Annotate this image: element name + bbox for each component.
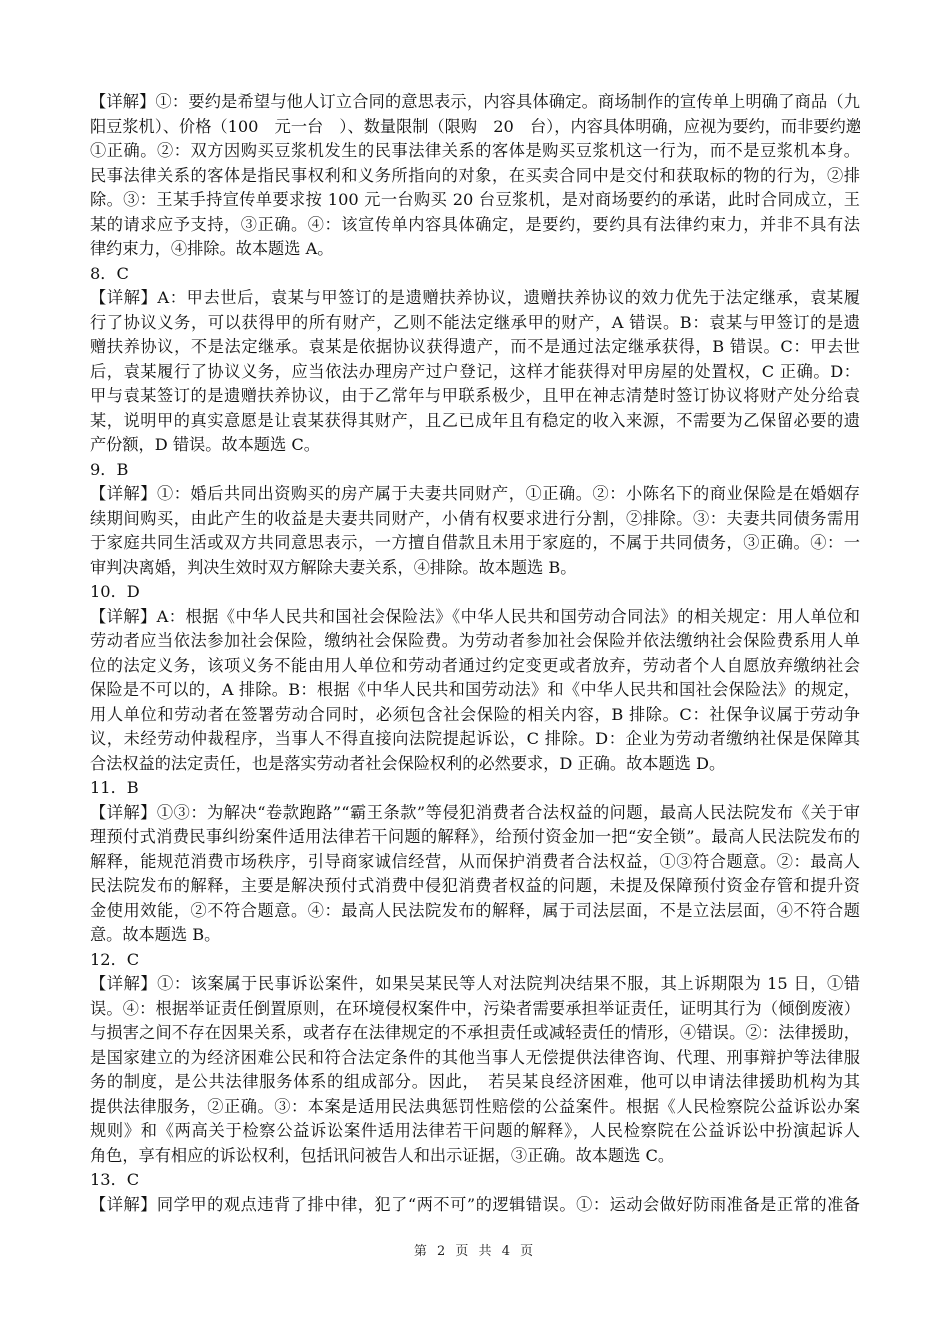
explanation-line: 用人单位和劳动者在签署劳动合同时，必须包含社会保险的相关内容，B 排除。C：社保… (90, 703, 860, 728)
answer-block-9: 9．B 【详解】①：婚后共同出资购买的房产属于夫妻共同财产，①正确。②：小陈名下… (90, 458, 860, 581)
explanation-line: 产份额，D 错误。故本题选 C。 (90, 433, 860, 458)
answer-block-8: 8．C 【详解】A：甲去世后，袁某与甲签订的是遗赠扶养协议，遗赠扶养协议的效力优… (90, 262, 860, 458)
explanation-line: 劳动者应当依法参加社会保险，缴纳社会保险费。为劳动者参加社会保险并依法缴纳社会保… (90, 629, 860, 654)
explanation-line: 赠扶养协议，不是法定继承。袁某是依据协议获得遗产，而不是通过法定继承获得，B 错… (90, 335, 860, 360)
explanation-line: 甲与袁某签订的是遗赠扶养协议，由于乙常年与甲联系极少，且甲在神志清楚时签订协议将… (90, 384, 860, 409)
explanation-line: 规则》和《两高关于检察公益诉讼案件适用法律若干问题的解释》，人民检察院在公益诉讼… (90, 1119, 860, 1144)
explanation-line: 提供法律服务，②正确。③：本案是适用民法典惩罚性赔偿的公益案件。根据《人民检察院… (90, 1095, 860, 1120)
explanation-line: 议，未经劳动仲裁程序，当事人不得直接向法院提起诉讼，C 排除。D：企业为劳动者缴… (90, 727, 860, 752)
explanation-line: 某，说明甲的真实意愿是让袁某获得其财产，且乙已成年且有稳定的收入来源，不需要为乙… (90, 409, 860, 434)
explanation-line: 续期间购买，由此产生的收益是夫妻共同财产，小倩有权要求进行分割，②排除。③：夫妻… (90, 507, 860, 532)
explanation-line: 【详解】①③：为解决“卷款跑路”“霸王条款”等侵犯消费者合法权益的问题，最高人民… (90, 801, 860, 826)
explanation-line: 于家庭共同生活或双方共同意思表示，一方擅自借款且未用于家庭的，不属于共同债务，③… (90, 531, 860, 556)
explanation-line: 律约束力，④排除。故本题选 A。 (90, 237, 860, 262)
explanation-line: 【详解】①：要约是希望与他人订立合同的意思表示，内容具体确定。商场制作的宣传单上… (90, 90, 860, 115)
explanation-line: 【详解】A：根据《中华人民共和国社会保险法》《中华人民共和国劳动合同法》的相关规… (90, 605, 860, 630)
explanation-line: 【详解】同学甲的观点违背了排中律，犯了“两不可”的逻辑错误。①：运动会做好防雨准… (90, 1193, 860, 1218)
answer-explanations: 【详解】①：要约是希望与他人订立合同的意思表示，内容具体确定。商场制作的宣传单上… (90, 90, 860, 1217)
question-answer-heading: 10．D (90, 580, 860, 605)
answer-block-12: 12．C 【详解】①：该案属于民事诉讼案件，如果吴某民等人对法院判决结果不服，其… (90, 948, 860, 1169)
explanation-line: 角色，享有相应的诉讼权利，包括讯问被告人和出示证据，③正确。故本题选 C。 (90, 1144, 860, 1169)
explanation-line: 合法权益的法定责任，也是落实劳动者社会保险权利的必然要求，D 正确。故本题选 D… (90, 752, 860, 777)
explanation-line: 是国家建立的为经济困难公民和符合法定条件的其他当事人无偿提供法律咨询、代理、刑事… (90, 1046, 860, 1071)
explanation-line: 行了协议义务，可以获得甲的所有财产，乙则不能法定继承甲的财产，A 错误。B：袁某… (90, 311, 860, 336)
question-answer-heading: 11．B (90, 776, 860, 801)
explanation-line: 审判决离婚，判决生效时双方解除夫妻关系，④排除。故本题选 B。 (90, 556, 860, 581)
explanation-line: 民事法律关系的客体是指民事权利和义务所指向的对象，在买卖合同中是交付和获取标的物… (90, 164, 860, 189)
page-number: 第 2 页 共 4 页 (0, 1240, 950, 1259)
explanation-line: 阳豆浆机）、价格（100 元一台 ）、数量限制（限购 20 台），内容具体明确，… (90, 115, 860, 140)
question-answer-heading: 12．C (90, 948, 860, 973)
explanation-line: 解释，能规范消费市场秩序，引导商家诚信经营，从而保护消费者合法权益，①③符合题意… (90, 850, 860, 875)
explanation-line: 【详解】A：甲去世后，袁某与甲签订的是遗赠扶养协议，遗赠扶养协议的效力优先于法定… (90, 286, 860, 311)
explanation-line: 民法院发布的解释，主要是解决预付式消费中侵犯消费者权益的问题，未提及保障预付资金… (90, 874, 860, 899)
explanation-line: 某的请求应予支持，③正确。④：该宣传单内容具体确定，是要约，要约具有法律约束力，… (90, 213, 860, 238)
explanation-line: 金使用效能，②不符合题意。④：最高人民法院发布的解释，属于司法层面，不是立法层面… (90, 899, 860, 924)
question-answer-heading: 9．B (90, 458, 860, 483)
question-answer-heading: 8．C (90, 262, 860, 287)
answer-block-13: 13．C 【详解】同学甲的观点违背了排中律，犯了“两不可”的逻辑错误。①：运动会… (90, 1168, 860, 1217)
explanation-line: 除。③：王某手持宣传单要求按 100 元一台购买 20 台豆浆机，是对商场要约的… (90, 188, 860, 213)
explanation-line: 理预付式消费民事纠纷案件适用法律若干问题的解释》，给预付资金加一把“安全锁”。最… (90, 825, 860, 850)
question-answer-heading: 13．C (90, 1168, 860, 1193)
answer-block-11: 11．B 【详解】①③：为解决“卷款跑路”“霸王条款”等侵犯消费者合法权益的问题… (90, 776, 860, 948)
explanation-line: 保险是不可以的，A 排除。B：根据《中华人民共和国劳动法》和《中华人民共和国社会… (90, 678, 860, 703)
answer-block-10: 10．D 【详解】A：根据《中华人民共和国社会保险法》《中华人民共和国劳动合同法… (90, 580, 860, 776)
explanation-line: 【详解】①：该案属于民事诉讼案件，如果吴某民等人对法院判决结果不服，其上诉期限为… (90, 972, 860, 997)
explanation-line: 意。故本题选 B。 (90, 923, 860, 948)
explanation-line: ①正确。②：双方因购买豆浆机发生的民事法律关系的客体是购买豆浆机这一行为，而不是… (90, 139, 860, 164)
explanation-line: 【详解】①：婚后共同出资购买的房产属于夫妻共同财产，①正确。②：小陈名下的商业保… (90, 482, 860, 507)
explanation-line: 后，袁某履行了协议义务，应当依法办理房产过户登记，这样才能获得对甲房屋的处置权，… (90, 360, 860, 385)
explanation-line: 误。④：根据举证责任倒置原则，在环境侵权案件中，污染者需要承担举证责任，证明其行… (90, 997, 860, 1022)
explanation-line: 位的法定义务，该项义务不能由用人单位和劳动者通过约定变更或者放弃，劳动者个人自愿… (90, 654, 860, 679)
explanation-line: 务的制度，是公共法律服务体系的组成部分。因此， 若吴某良经济困难，他可以申请法律… (90, 1070, 860, 1095)
answer-block-7: 【详解】①：要约是希望与他人订立合同的意思表示，内容具体确定。商场制作的宣传单上… (90, 90, 860, 262)
explanation-line: 与损害之间不存在因果关系，或者存在法律规定的不承担责任或减轻责任的情形，④错误。… (90, 1021, 860, 1046)
